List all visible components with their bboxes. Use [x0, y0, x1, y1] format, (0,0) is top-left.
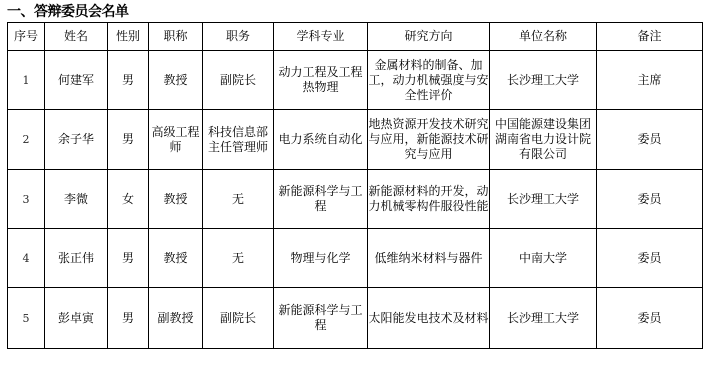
table-row: 4 张正伟 男 教授 无 物理与化学 低维纳米材料与器件 中南大学 委员	[8, 229, 703, 288]
table-row: 3 李微 女 教授 无 新能源科学与工程 新能源材料的开发，动力机械零构件服役性…	[8, 170, 703, 229]
cell-position: 副院长	[203, 288, 274, 349]
cell-research: 太阳能发电技术及材料	[368, 288, 490, 349]
header-organization: 单位名称	[490, 23, 597, 51]
cell-research: 新能源材料的开发，动力机械零构件服役性能	[368, 170, 490, 229]
cell-remark: 委员	[597, 288, 703, 349]
cell-discipline: 新能源科学与工程	[274, 170, 368, 229]
cell-gender: 男	[108, 229, 149, 288]
cell-position: 无	[203, 229, 274, 288]
cell-discipline: 电力系统自动化	[274, 110, 368, 170]
committee-table: 序号 姓名 性别 职称 职务 学科专业 研究方向 单位名称 备注 1 何建军 男…	[7, 22, 703, 349]
header-research: 研究方向	[368, 23, 490, 51]
cell-name: 李微	[45, 170, 108, 229]
cell-position: 副院长	[203, 51, 274, 110]
table-row: 2 余子华 男 高级工程师 科技信息部主任管理师 电力系统自动化 地热资源开发技…	[8, 110, 703, 170]
cell-discipline: 新能源科学与工程	[274, 288, 368, 349]
cell-organization: 中南大学	[490, 229, 597, 288]
cell-seq: 1	[8, 51, 45, 110]
cell-research: 低维纳米材料与器件	[368, 229, 490, 288]
header-discipline: 学科专业	[274, 23, 368, 51]
header-title: 职称	[149, 23, 203, 51]
cell-name: 彭卓寅	[45, 288, 108, 349]
cell-gender: 男	[108, 288, 149, 349]
table-row: 1 何建军 男 教授 副院长 动力工程及工程热物理 金属材料的制备、加工，动力机…	[8, 51, 703, 110]
cell-title: 教授	[149, 51, 203, 110]
cell-title: 教授	[149, 170, 203, 229]
cell-remark: 委员	[597, 229, 703, 288]
cell-organization: 长沙理工大学	[490, 170, 597, 229]
cell-remark: 主席	[597, 51, 703, 110]
cell-seq: 2	[8, 110, 45, 170]
header-remark: 备注	[597, 23, 703, 51]
cell-name: 张正伟	[45, 229, 108, 288]
cell-position: 无	[203, 170, 274, 229]
cell-organization: 长沙理工大学	[490, 51, 597, 110]
cell-name: 何建军	[45, 51, 108, 110]
section-title: 一、答辩委员会名单	[7, 3, 129, 21]
cell-seq: 5	[8, 288, 45, 349]
cell-title: 高级工程师	[149, 110, 203, 170]
cell-gender: 男	[108, 51, 149, 110]
header-name: 姓名	[45, 23, 108, 51]
header-position: 职务	[203, 23, 274, 51]
cell-name: 余子华	[45, 110, 108, 170]
cell-discipline: 动力工程及工程热物理	[274, 51, 368, 110]
header-seq: 序号	[8, 23, 45, 51]
cell-title: 教授	[149, 229, 203, 288]
cell-remark: 委员	[597, 110, 703, 170]
cell-gender: 女	[108, 170, 149, 229]
cell-organization: 中国能源建设集团湖南省电力设计院有限公司	[490, 110, 597, 170]
table-header-row: 序号 姓名 性别 职称 职务 学科专业 研究方向 单位名称 备注	[8, 23, 703, 51]
cell-position: 科技信息部主任管理师	[203, 110, 274, 170]
cell-gender: 男	[108, 110, 149, 170]
cell-remark: 委员	[597, 170, 703, 229]
table-row: 5 彭卓寅 男 副教授 副院长 新能源科学与工程 太阳能发电技术及材料 长沙理工…	[8, 288, 703, 349]
cell-seq: 4	[8, 229, 45, 288]
cell-seq: 3	[8, 170, 45, 229]
header-gender: 性别	[108, 23, 149, 51]
cell-discipline: 物理与化学	[274, 229, 368, 288]
cell-research: 金属材料的制备、加工，动力机械强度与安全性评价	[368, 51, 490, 110]
cell-title: 副教授	[149, 288, 203, 349]
cell-research: 地热资源开发技术研究与应用，新能源技术研究与应用	[368, 110, 490, 170]
cell-organization: 长沙理工大学	[490, 288, 597, 349]
